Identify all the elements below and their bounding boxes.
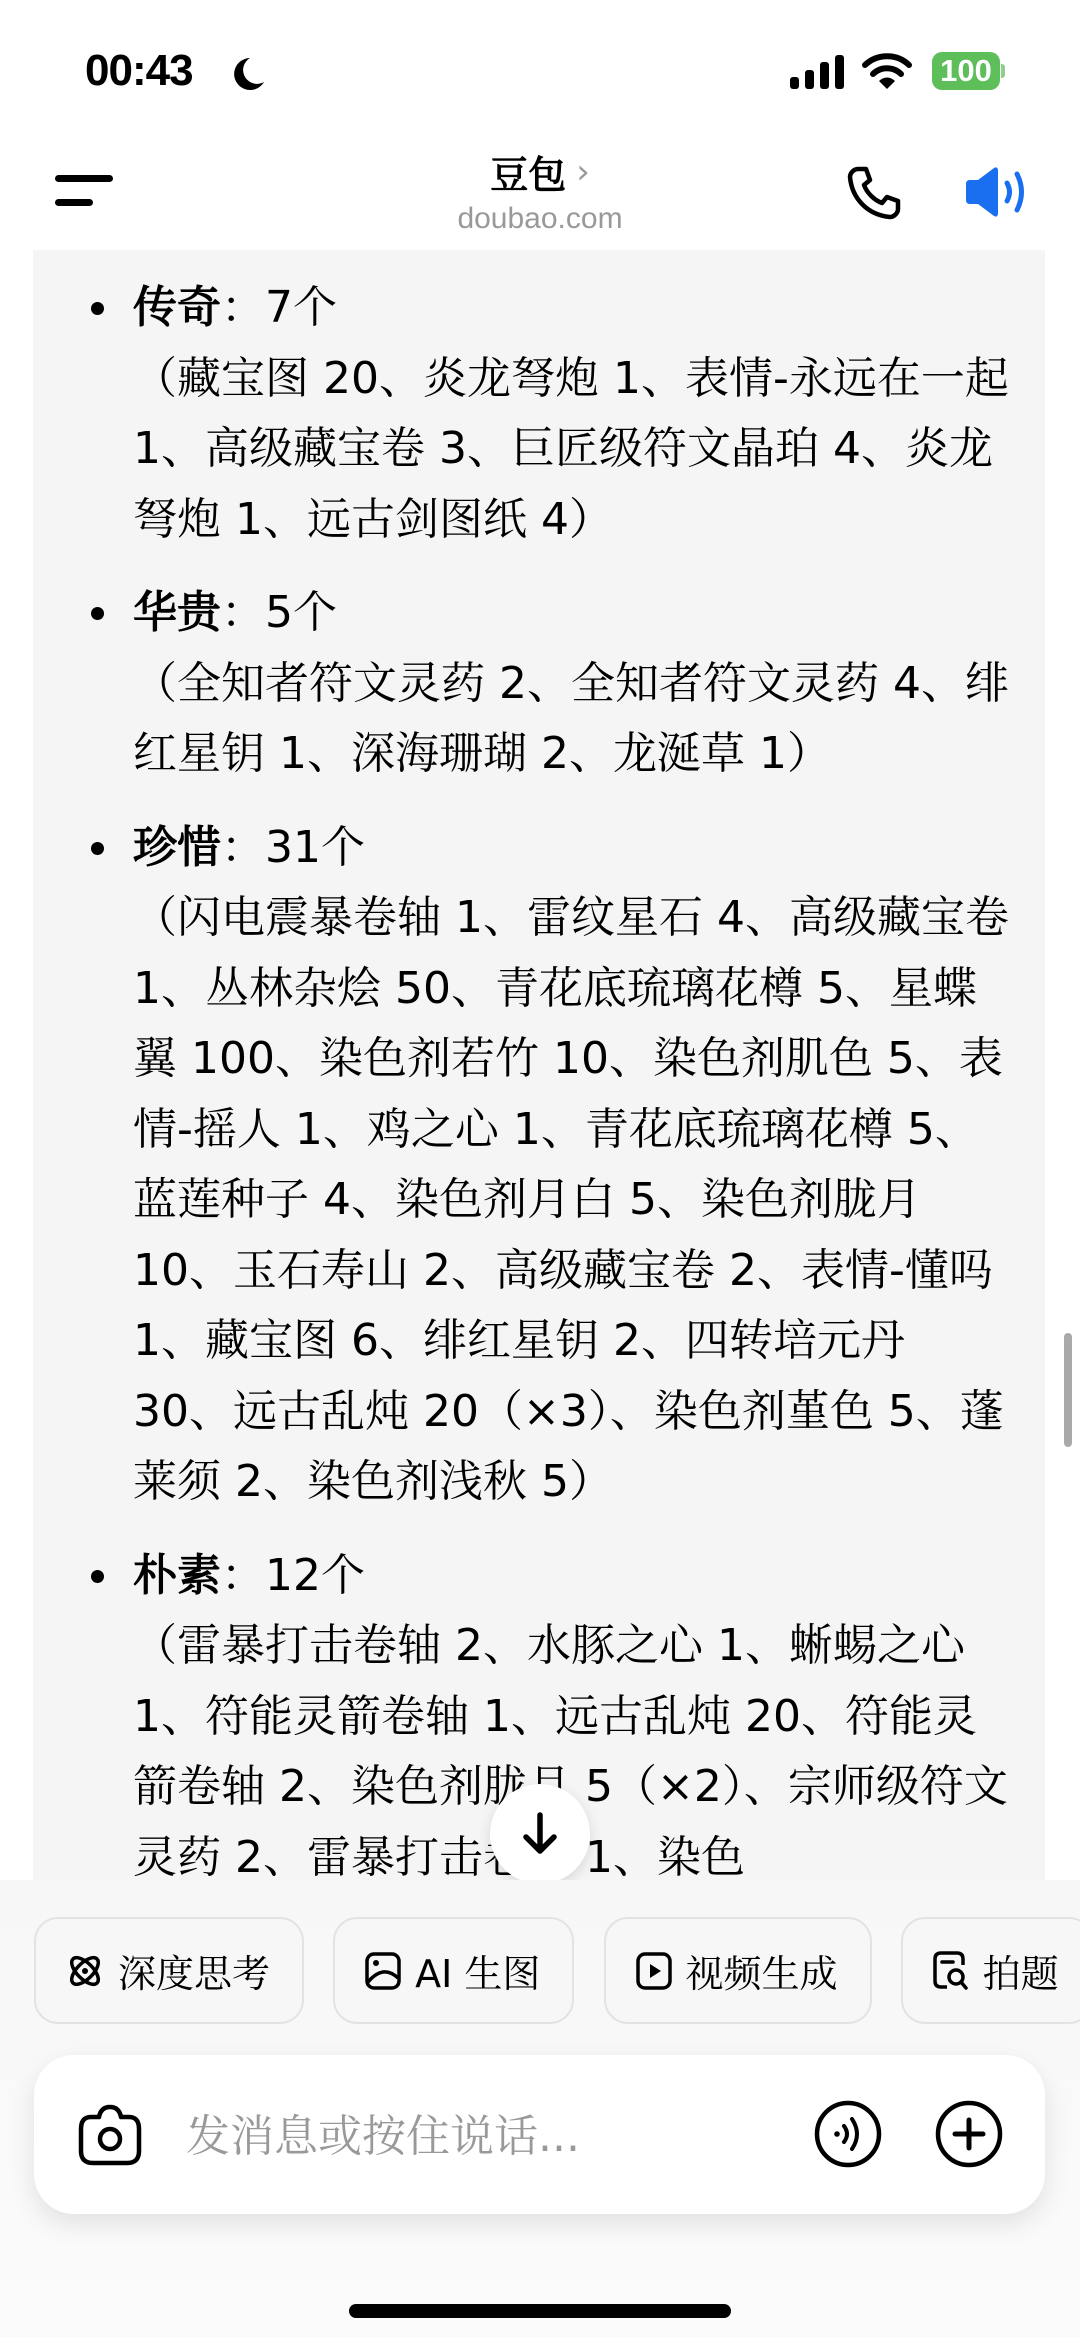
chip-deep-thinking[interactable]: 深度思考 <box>34 1917 304 2024</box>
title-button[interactable]: 豆包› <box>0 144 1080 199</box>
rarity-name: 珍惜 <box>133 822 221 873</box>
chip-label: 视频生成 <box>686 1943 838 1998</box>
message-content: 传奇：7个 （藏宝图 20、炎龙弩炮 1、表情-永远在一起 1、高级藏宝卷 3、… <box>33 250 1045 1900</box>
rarity-list: 传奇：7个 （藏宝图 20、炎龙弩炮 1、表情-永远在一起 1、高级藏宝卷 3、… <box>33 273 1045 1900</box>
rarity-name: 华贵 <box>133 587 221 638</box>
voice-icon[interactable] <box>814 2100 882 2168</box>
chevron-right-icon: › <box>576 152 590 192</box>
signal-icon <box>790 55 844 89</box>
speaker-icon[interactable] <box>964 166 1028 218</box>
atom-icon <box>66 1952 104 1990</box>
bullet-icon <box>91 302 104 315</box>
rarity-name: 传奇 <box>133 282 221 333</box>
rarity-count: 31个 <box>265 822 365 873</box>
rarity-items: （全知者符文灵药 2、全知者符文灵药 4、绯红星钥 1、深海珊瑚 2、龙涎草 1… <box>133 649 1015 790</box>
wifi-icon <box>862 52 912 90</box>
rarity-separator: ： <box>221 822 265 873</box>
rarity-items: （藏宝图 20、炎龙弩炮 1、表情-永远在一起 1、高级藏宝卷 3、巨匠级符文晶… <box>133 344 1015 556</box>
rarity-name: 朴素 <box>133 1550 221 1601</box>
rarity-separator: ： <box>221 587 265 638</box>
rarity-separator: ： <box>221 1550 265 1601</box>
message-composer <box>34 2055 1045 2214</box>
bullet-icon <box>91 607 104 620</box>
rarity-items: （闪电震暴卷轴 1、雷纹星石 4、高级藏宝卷 1、丛林杂烩 50、青花底琉璃花樽… <box>133 883 1015 1518</box>
video-play-icon <box>636 1952 672 1990</box>
chip-label: AI 生图 <box>415 1943 540 1998</box>
rarity-count: 7个 <box>265 282 337 333</box>
chip-video-generation[interactable]: 视频生成 <box>604 1917 872 2024</box>
battery-icon: 100 <box>932 52 1000 90</box>
status-bar: 00:43 100 <box>0 0 1080 130</box>
status-time: 00:43 <box>85 46 193 96</box>
bullet-icon <box>91 842 104 855</box>
scroll-to-bottom-button[interactable] <box>490 1784 590 1884</box>
page-subtitle: doubao.com <box>0 202 1080 236</box>
chip-photo-question[interactable]: 拍题 <box>901 1917 1080 2024</box>
rarity-separator: ： <box>221 282 265 333</box>
camera-icon[interactable] <box>77 2103 143 2167</box>
page-title: 豆包 <box>490 144 566 199</box>
bottom-area: 深度思考 AI 生图 视频生成 拍题 <box>0 1880 1080 2337</box>
list-item: 华贵：5个 （全知者符文灵药 2、全知者符文灵药 4、绯红星钥 1、深海珊瑚 2… <box>33 578 1045 790</box>
plus-icon[interactable] <box>935 2100 1003 2168</box>
home-indicator[interactable] <box>349 2304 731 2318</box>
battery-tip <box>1001 64 1005 78</box>
moon-icon <box>228 54 268 94</box>
chip-label: 深度思考 <box>118 1943 270 1998</box>
photo-question-icon <box>933 1951 969 1991</box>
list-item: 传奇：7个 （藏宝图 20、炎龙弩炮 1、表情-永远在一起 1、高级藏宝卷 3、… <box>33 273 1045 555</box>
list-item: 珍惜：31个 （闪电震暴卷轴 1、雷纹星石 4、高级藏宝卷 1、丛林杂烩 50、… <box>33 813 1045 1518</box>
phone-icon[interactable] <box>846 165 902 221</box>
chip-label: 拍题 <box>983 1943 1059 1998</box>
message-input[interactable] <box>184 2095 808 2177</box>
rarity-count: 12个 <box>265 1550 365 1601</box>
arrow-down-icon <box>520 1812 560 1856</box>
chip-ai-image[interactable]: AI 生图 <box>333 1917 574 2024</box>
quick-action-chips: 深度思考 AI 生图 视频生成 拍题 <box>34 1917 1080 2029</box>
rarity-count: 5个 <box>265 587 337 638</box>
image-icon <box>365 1952 401 1990</box>
nav-bar: 豆包› doubao.com <box>0 130 1080 250</box>
bullet-icon <box>91 1570 104 1583</box>
scrollbar[interactable] <box>1064 1333 1072 1447</box>
